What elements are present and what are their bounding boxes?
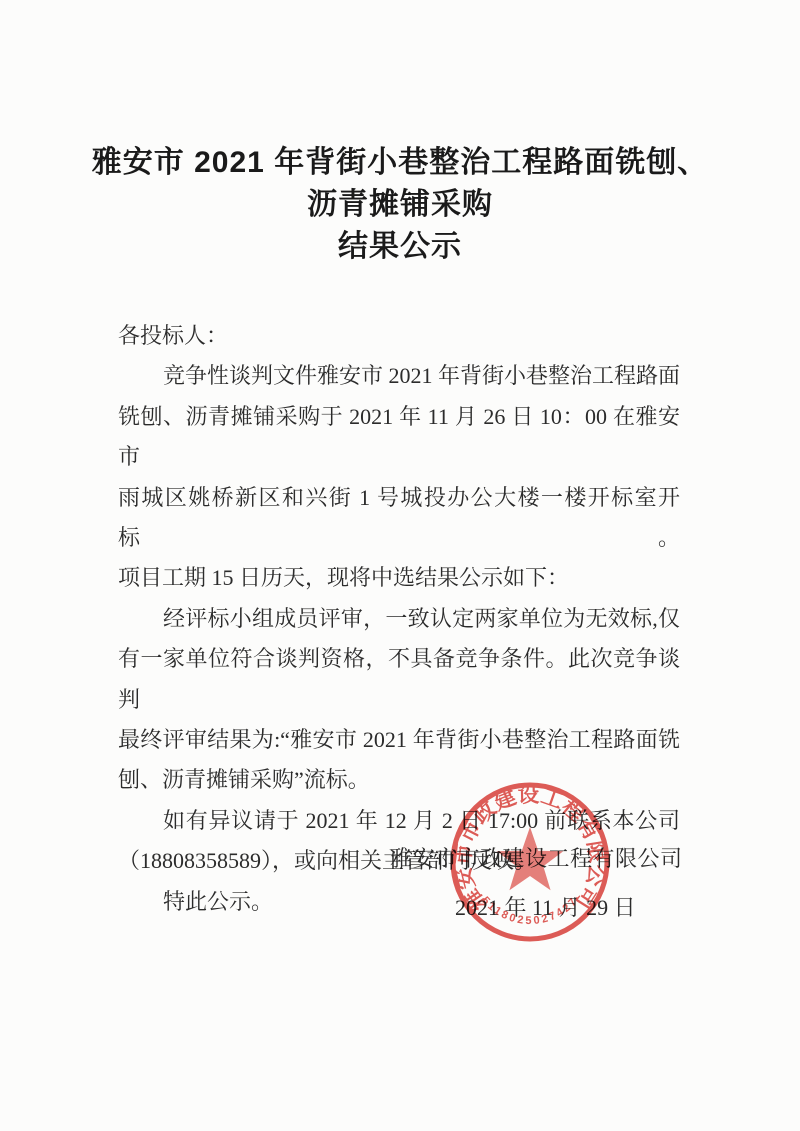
body-line: 经评标小组成员评审，一致认定两家单位为无效标,仅 [118, 599, 680, 639]
body-line: 有一家单位符合谈判资格，不具备竞争条件。此次竞争谈判 [118, 639, 680, 720]
body-line: 各投标人： [118, 316, 680, 356]
body-line: 雨城区姚桥新区和兴街 1 号城投办公大楼一楼开标室开标。 [118, 478, 680, 559]
body-line: 铣刨、沥青摊铺采购于 2021 年 11 月 26 日 10：00 在雅安市 [118, 397, 680, 478]
title-line-1: 雅安市 2021 年背街小巷整治工程路面铣刨、 [2, 142, 798, 184]
document-title: 雅安市 2021 年背街小巷整治工程路面铣刨、 沥青摊铺采购 结果公示 [2, 142, 798, 268]
seal-star-icon [497, 827, 564, 890]
company-seal-stamp: 雅安市市政建设工程有限公司 5118025027427 [445, 777, 615, 947]
notice-document-page: 雅安市 2021 年背街小巷整治工程路面铣刨、 沥青摊铺采购 结果公示 各投标人… [0, 0, 800, 1131]
title-line-2: 沥青摊铺采购 [2, 184, 798, 226]
seal-icon: 雅安市市政建设工程有限公司 5118025027427 [445, 777, 615, 947]
seal-serial-number: 5118025027427 [479, 895, 581, 928]
body-line: 最终评审结果为:“雅安市 2021 年背街小巷整治工程路面铣 [118, 720, 680, 760]
body-line: 竞争性谈判文件雅安市 2021 年背街小巷整治工程路面 [118, 356, 680, 396]
body-line: 项目工期 15 日历天，现将中选结果公示如下： [118, 558, 680, 598]
title-line-3: 结果公示 [2, 226, 798, 268]
